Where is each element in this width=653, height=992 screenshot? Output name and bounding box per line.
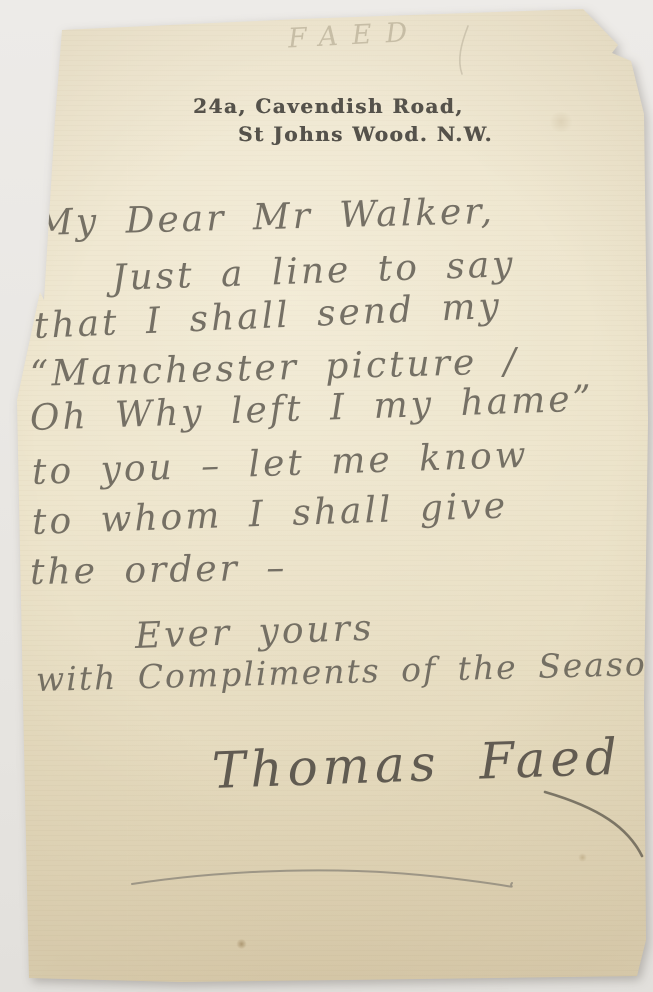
letter-paper: FAED 24a, Cavendish Road, St Johns Wood.… — [0, 0, 653, 992]
body-line: the order – — [30, 548, 288, 593]
body-line: to you – let me know — [31, 435, 529, 493]
closing-line: Ever yours — [134, 608, 375, 657]
closing-line: with Compliments of the Season — [35, 643, 653, 699]
salutation-line: My Dear Mr Walker, — [35, 191, 495, 244]
foxing-spot — [236, 939, 247, 949]
body-line: that I shall send my — [33, 286, 503, 347]
letterhead-address-line-2: St Johns Wood. N.W. — [238, 122, 493, 146]
foxing-spot — [578, 853, 587, 862]
letterhead-address-line-1: 24a, Cavendish Road, — [193, 94, 464, 118]
paper-smudge — [548, 112, 574, 132]
paper-shadow: FAED 24a, Cavendish Road, St Johns Wood.… — [0, 0, 653, 992]
body-line: to whom I shall give — [31, 485, 508, 543]
pencil-annotation: FAED — [287, 17, 422, 55]
photo-background: FAED 24a, Cavendish Road, St Johns Wood.… — [0, 0, 653, 992]
signature: Thomas Faed — [211, 728, 623, 800]
